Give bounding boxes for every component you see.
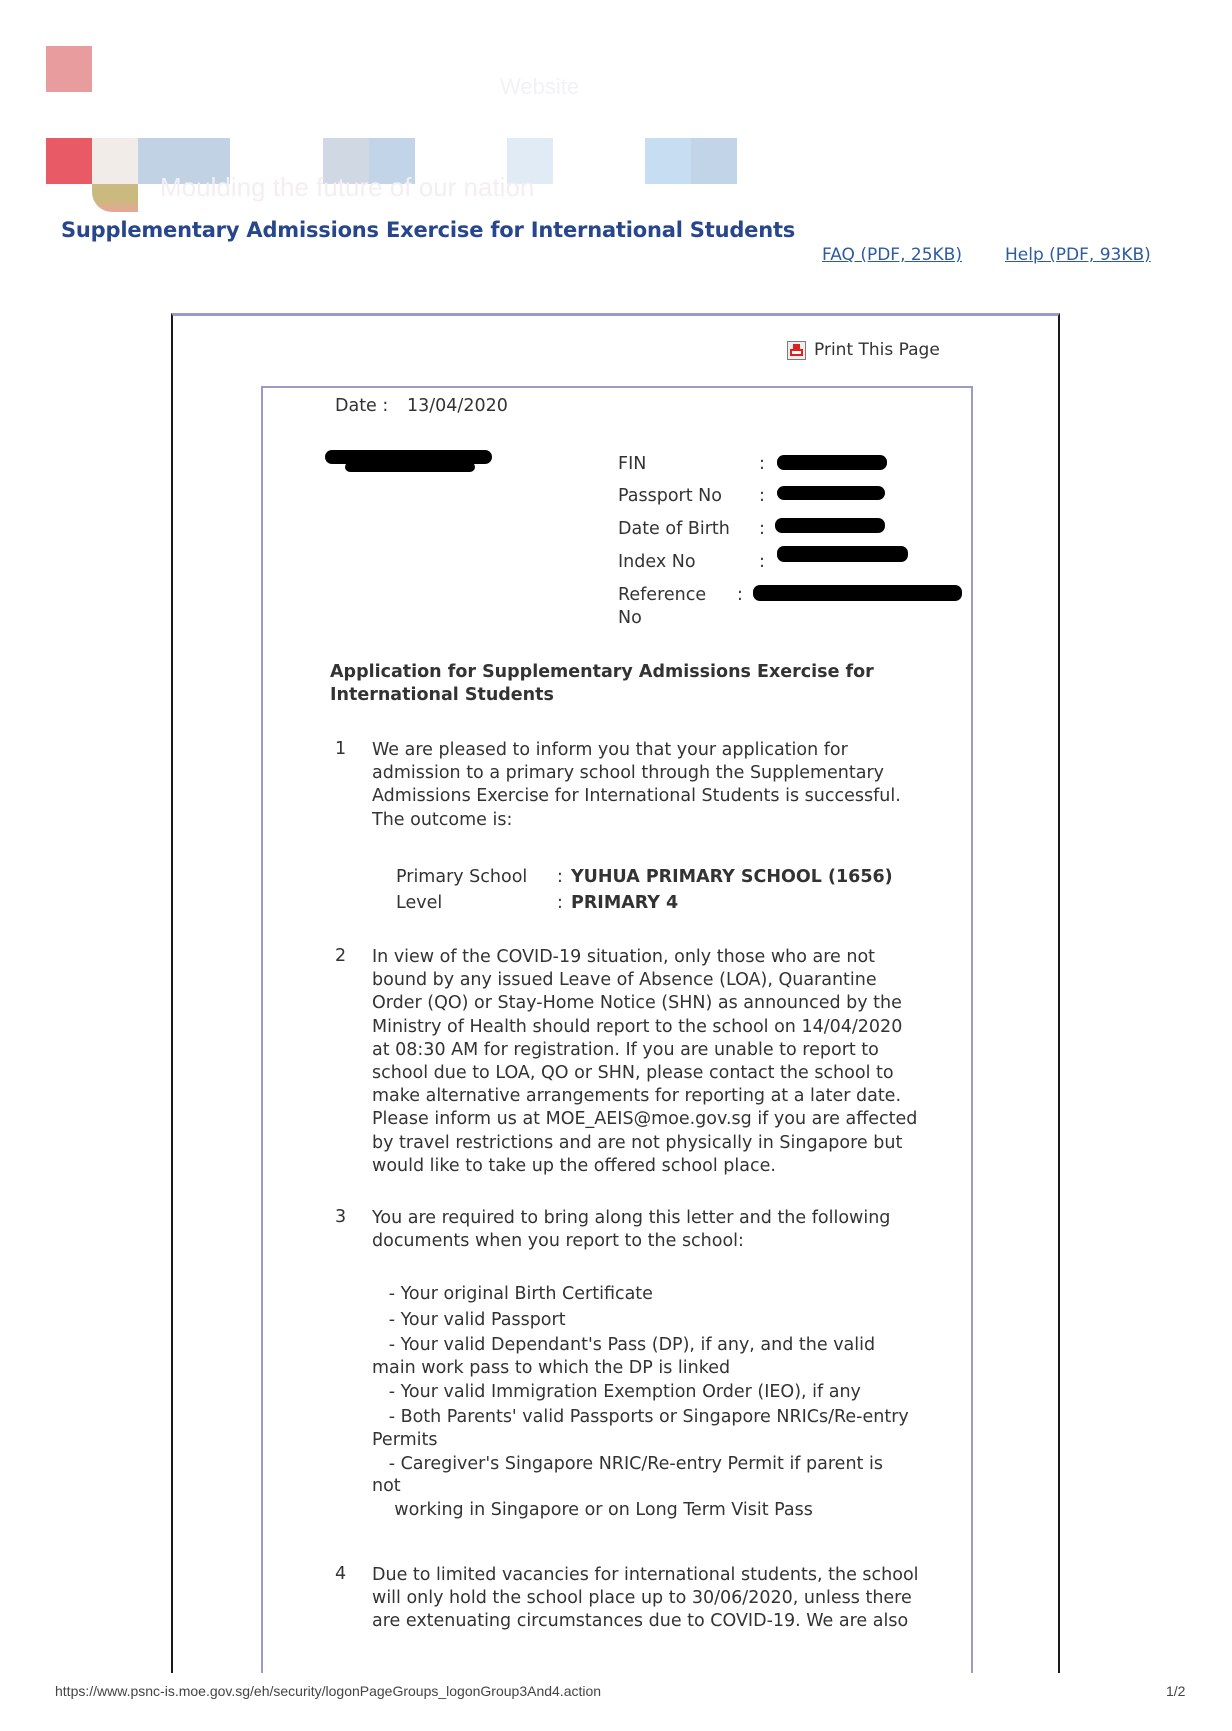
text-line: bound by any issued Leave of Absence (LO… — [372, 969, 972, 992]
detail-colon: : — [759, 485, 765, 508]
detail-colon: : — [759, 518, 765, 541]
item-2-text: In view of the COVID-19 situation, only … — [372, 946, 972, 1178]
help-link[interactable]: Help (PDF, 93KB) — [1005, 245, 1151, 265]
banner-logo-emblem — [92, 184, 138, 212]
detail-label-reference: Reference — [618, 584, 706, 607]
banner-tagline: Moulding the future of our nation — [160, 172, 534, 203]
print-label: Print This Page — [814, 340, 940, 360]
detail-label-reference-line2: No — [618, 607, 642, 630]
letter-heading-line2: International Students — [330, 684, 554, 707]
date-label: Date : — [335, 395, 388, 418]
text-line: You are required to bring along this let… — [372, 1207, 972, 1230]
text-line: The outcome is: — [372, 809, 972, 832]
page-url: https://www.psnc-is.moe.gov.sg/eh/securi… — [55, 1683, 601, 1699]
recipient-name-redacted — [345, 462, 475, 472]
reference-redacted — [753, 585, 962, 601]
outcome-school-value: YUHUA PRIMARY SCHOOL (1656) — [571, 866, 893, 889]
document-item: - Your original Birth Certificate — [372, 1282, 972, 1308]
document-item: main work pass to which the DP is linked — [372, 1357, 972, 1380]
detail-label-fin: FIN — [618, 453, 646, 476]
text-line: by travel restrictions and are not physi… — [372, 1132, 972, 1155]
banner-website-label: Website — [500, 74, 579, 100]
item-4-text: Due to limited vacancies for internation… — [372, 1564, 972, 1634]
outcome-colon: : — [557, 866, 563, 889]
item-number: 2 — [335, 946, 346, 966]
document-item: - Caregiver's Singapore NRIC/Re-entry Pe… — [372, 1452, 972, 1478]
item-number: 4 — [335, 1564, 346, 1584]
document-item: Permits — [372, 1429, 972, 1452]
outcome-label-level: Level — [396, 892, 442, 915]
outcome-label-school: Primary School — [396, 866, 527, 889]
text-line: In view of the COVID-19 situation, only … — [372, 946, 972, 969]
item-1-text: We are pleased to inform you that your a… — [372, 739, 972, 832]
page-title: Supplementary Admissions Exercise for In… — [61, 218, 795, 242]
text-line: make alternative arrangements for report… — [372, 1085, 972, 1108]
text-line: Please inform us at MOE_AEIS@moe.gov.sg … — [372, 1108, 972, 1131]
detail-colon: : — [737, 584, 743, 607]
date-value: 13/04/2020 — [407, 395, 508, 418]
detail-label-dob: Date of Birth — [618, 518, 730, 541]
text-line: Admissions Exercise for International St… — [372, 785, 972, 808]
passport-redacted — [777, 486, 885, 500]
detail-colon: : — [759, 551, 765, 574]
required-documents-list: - Your original Birth Certificate - Your… — [372, 1282, 972, 1524]
text-line: would like to take up the offered school… — [372, 1155, 972, 1178]
text-line: are extenuating circumstances due to COV… — [372, 1610, 972, 1633]
document-item: - Your valid Immigration Exemption Order… — [372, 1380, 972, 1406]
page-number: 1/2 — [1166, 1683, 1185, 1699]
banner-logo-block — [46, 46, 92, 92]
document-item: working in Singapore or on Long Term Vis… — [372, 1498, 972, 1524]
text-line: will only hold the school place up to 30… — [372, 1587, 972, 1610]
item-number: 3 — [335, 1207, 346, 1227]
outcome-level-value: PRIMARY 4 — [571, 892, 678, 915]
text-line: Order (QO) or Stay-Home Notice (SHN) as … — [372, 992, 972, 1015]
banner-logo-block — [691, 138, 737, 184]
text-line: Due to limited vacancies for internation… — [372, 1564, 972, 1587]
print-page-button[interactable]: Print This Page — [787, 340, 940, 360]
text-line: documents when you report to the school: — [372, 1230, 972, 1253]
text-line: at 08:30 AM for registration. If you are… — [372, 1039, 972, 1062]
printer-icon — [787, 341, 806, 360]
banner-logo-block — [46, 138, 92, 184]
text-line: Ministry of Health should report to the … — [372, 1016, 972, 1039]
detail-colon: : — [759, 453, 765, 476]
document-item: - Both Parents' valid Passports or Singa… — [372, 1405, 972, 1431]
letter-heading: Application for Supplementary Admissions… — [330, 661, 874, 684]
text-line: admission to a primary school through th… — [372, 762, 972, 785]
text-line: We are pleased to inform you that your a… — [372, 739, 972, 762]
document-item: - Your valid Dependant's Pass (DP), if a… — [372, 1333, 972, 1359]
detail-label-index: Index No — [618, 551, 696, 574]
detail-label-passport: Passport No — [618, 485, 722, 508]
banner-logo-block — [645, 138, 691, 184]
document-item: not — [372, 1475, 972, 1498]
outcome-colon: : — [557, 892, 563, 915]
fin-redacted — [777, 455, 887, 470]
item-number: 1 — [335, 739, 346, 759]
index-redacted — [777, 546, 908, 562]
dob-redacted — [775, 518, 885, 533]
faq-link[interactable]: FAQ (PDF, 25KB) — [822, 245, 962, 265]
banner-logo-block — [92, 138, 138, 184]
text-line: school due to LOA, QO or SHN, please con… — [372, 1062, 972, 1085]
document-item: - Your valid Passport — [372, 1308, 972, 1334]
item-3-text: You are required to bring along this let… — [372, 1207, 972, 1253]
